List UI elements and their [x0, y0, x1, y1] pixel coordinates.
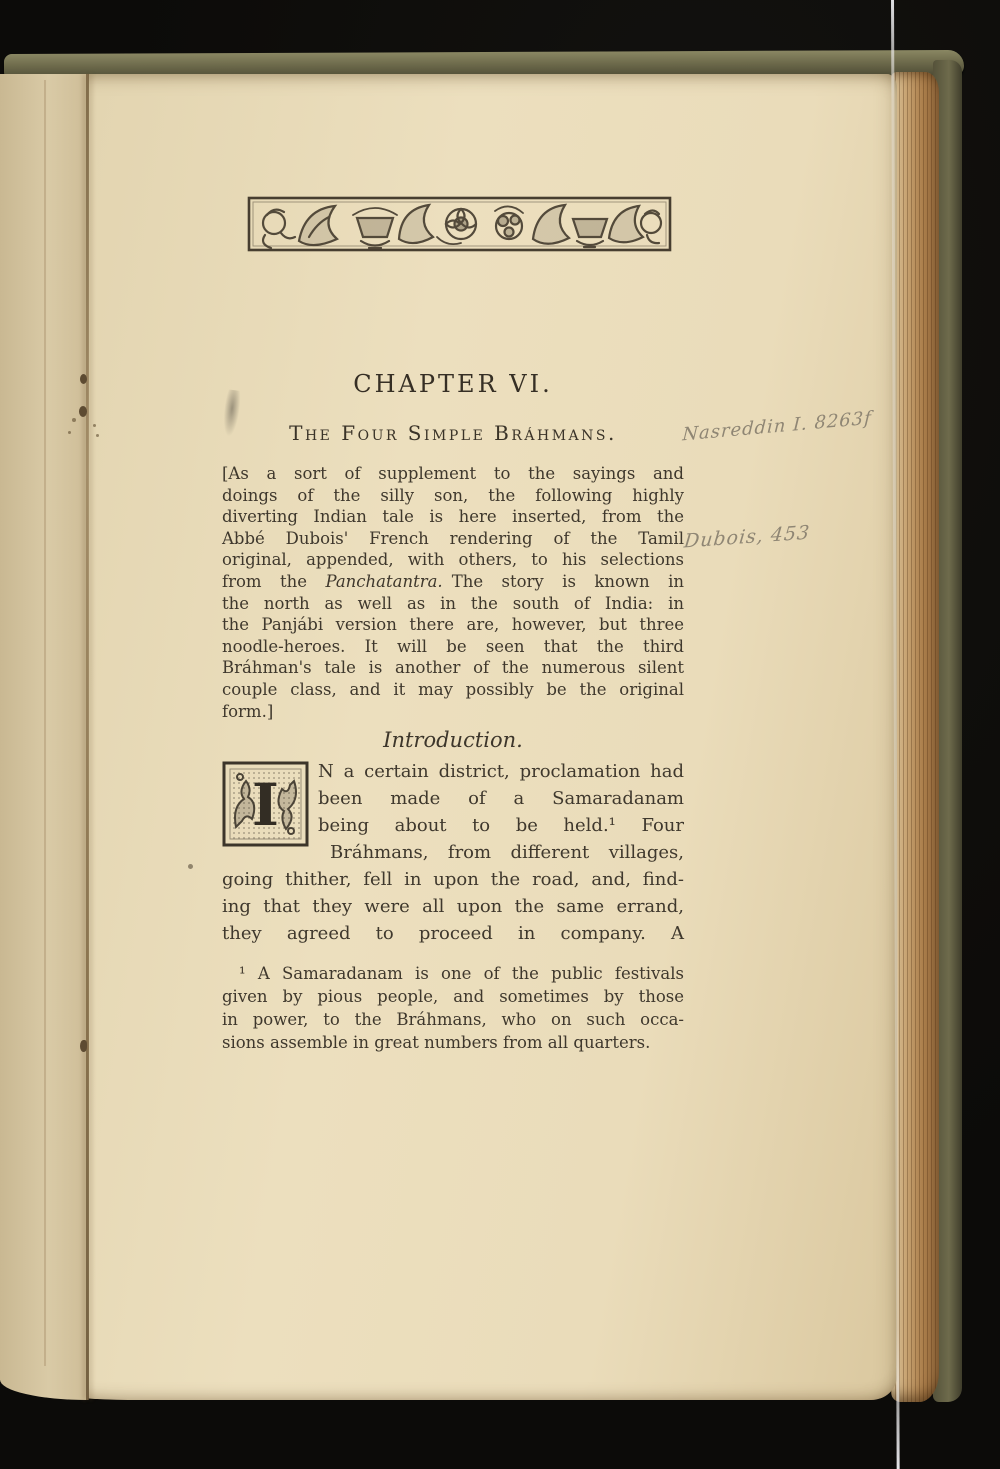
ink-speck	[72, 418, 76, 422]
under-page-edge	[44, 80, 46, 1366]
gutter-crease	[86, 74, 89, 1400]
ornamental-headpiece-icon	[247, 193, 673, 258]
note-line: diverting Indian tale is here inserted, …	[222, 506, 684, 528]
book-title-italic: Panchatantra.	[325, 572, 442, 591]
note-line-italic-title: from the Panchatantra.The story is known…	[222, 571, 684, 593]
story-line: ing that they were all upon the same err…	[222, 893, 684, 920]
ink-speck	[188, 864, 193, 869]
editorial-note-paragraph: [As a sort of supplement to the sayings …	[222, 463, 684, 722]
chapter-subtitle: The Four Simple Bráhmans.	[222, 421, 684, 445]
pencil-annotation-dubois: Dubois, 453	[683, 521, 811, 552]
ink-speck	[68, 431, 71, 434]
section-heading-introduction: Introduction.	[222, 728, 684, 752]
footnote-line: ¹ A Samaradanam is one of the public fes…	[222, 962, 684, 985]
note-line: doings of the silly son, the following h…	[222, 485, 684, 507]
note-line: form.]	[222, 701, 684, 723]
sewing-hole	[79, 406, 87, 417]
footnote-line: in power, to the Bráhmans, who on such o…	[222, 1008, 684, 1031]
note-line: Abbé Dubois' French rendering of the Tam…	[222, 528, 684, 550]
book-page: CHAPTER VI. The Four Simple Bráhmans. Na…	[0, 74, 897, 1400]
story-paragraph: I N a certain district, proclamation had…	[222, 758, 684, 947]
sewing-hole	[80, 374, 87, 384]
decorated-initial-icon: I	[222, 761, 309, 847]
ink-speck	[96, 434, 99, 437]
story-line: going thither, fell in upon the road, an…	[222, 866, 684, 893]
note-line: the north as well as in the south of Ind…	[222, 593, 684, 615]
note-line-pre: from the	[222, 572, 325, 591]
sewing-hole	[80, 1040, 87, 1052]
scan-background: CHAPTER VI. The Four Simple Bráhmans. Na…	[0, 0, 1000, 1469]
ink-speck	[93, 424, 96, 427]
footnote-line: given by pious people, and sometimes by …	[222, 985, 684, 1008]
note-line: noodle-heroes. It will be seen that the …	[222, 636, 684, 658]
pencil-annotation-nasreddin: Nasreddin I. 8263f	[682, 408, 873, 446]
footnote-line: sions assemble in great numbers from all…	[222, 1031, 684, 1054]
chapter-heading: CHAPTER VI.	[222, 370, 684, 398]
story-line: they agreed to proceed in company. A	[222, 920, 684, 947]
note-line: the Panjábi version there are, however, …	[222, 614, 684, 636]
note-line: Bráhman's tale is another of the numerou…	[222, 657, 684, 679]
note-line: couple class, and it may possibly be the…	[222, 679, 684, 701]
note-line: [As a sort of supplement to the sayings …	[222, 463, 684, 485]
footnote: ¹ A Samaradanam is one of the public fes…	[222, 962, 684, 1054]
note-line-post: The story is known in	[452, 572, 684, 591]
note-line: original, appended, with others, to his …	[222, 549, 684, 571]
drop-cap-letter: I	[252, 771, 279, 839]
